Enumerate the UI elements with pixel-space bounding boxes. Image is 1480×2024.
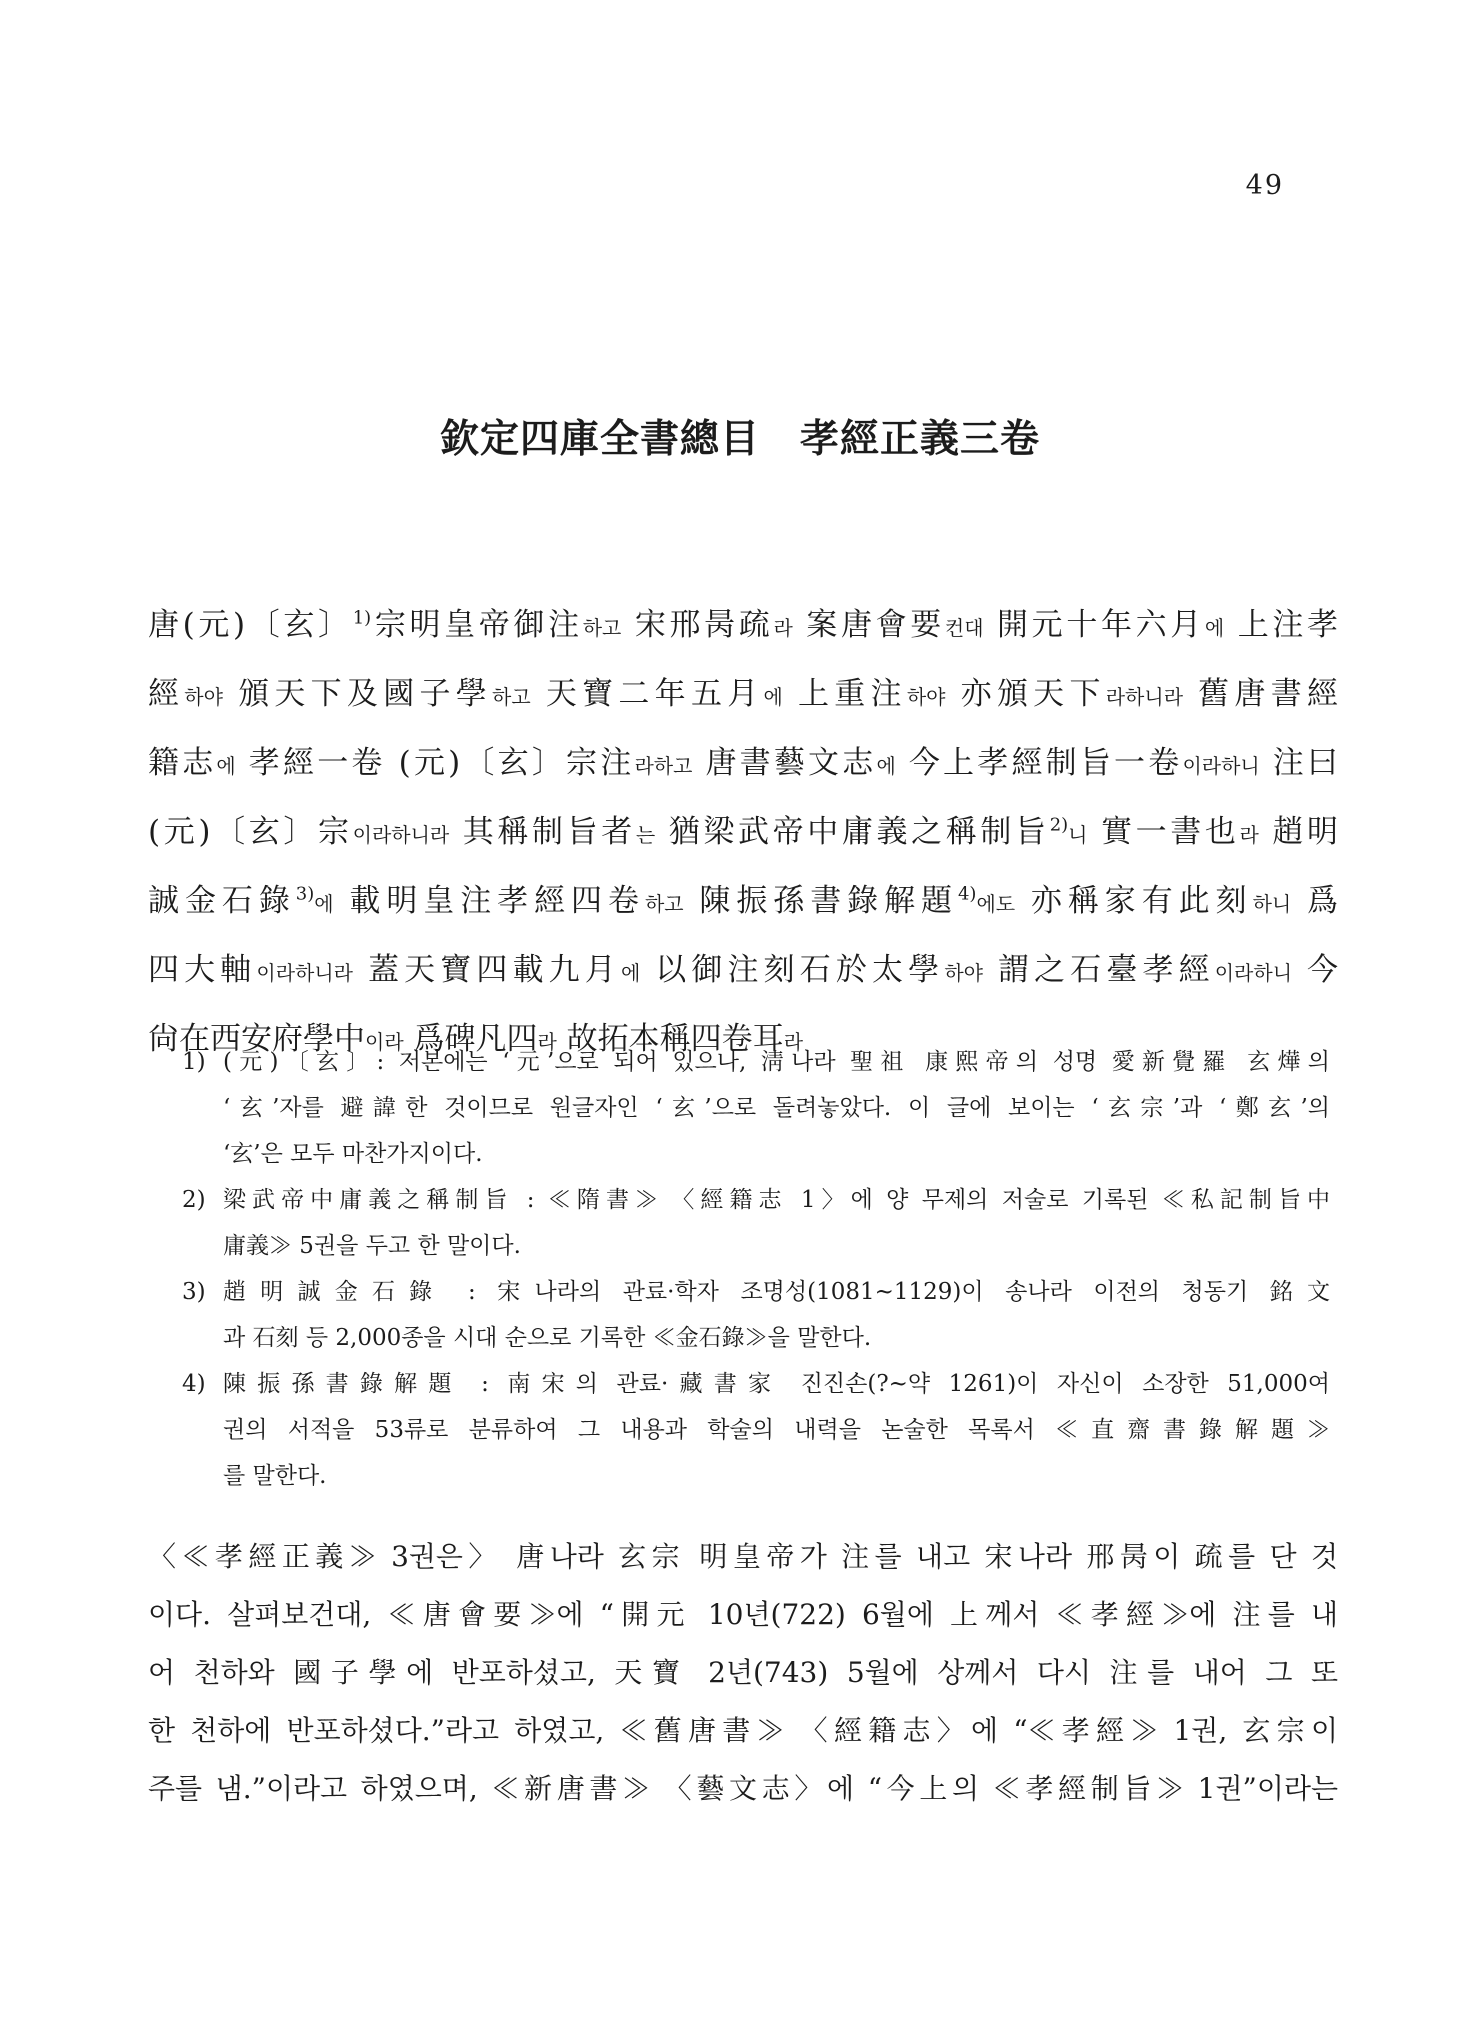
hanmun-text: 四大軸 bbox=[148, 952, 256, 988]
korean-gloss: 이라하니라 bbox=[256, 961, 353, 985]
korean-gloss: 하고 bbox=[492, 685, 531, 709]
korean-gloss: 하야 bbox=[184, 685, 223, 709]
hanmun-text: 經 bbox=[148, 676, 184, 712]
hanmun-text: 注曰 bbox=[1260, 745, 1338, 781]
hanmun-line: 籍志에 孝經一卷 (元)〔玄〕宗注라하고 唐書藝文志에 今上孝經制旨一卷이라하니… bbox=[148, 730, 1338, 799]
korean-gloss: 이라하니라 bbox=[353, 823, 450, 847]
footnote-line: ‘玄’은 모두 마찬가지이다. bbox=[223, 1131, 1330, 1177]
hanmun-text: 實一書也 bbox=[1088, 814, 1240, 850]
hanmun-text: 蓋天寶四載九月 bbox=[353, 952, 621, 988]
footnote-marker: 2) bbox=[182, 1177, 223, 1269]
hanmun-text: 謂之石臺孝經 bbox=[983, 952, 1215, 988]
footnote-text: 趙明誠金石錄 : 宋나라의 관료·학자 조명성(1081~1129)이 송나라 … bbox=[223, 1269, 1330, 1361]
translation-line: 이다. 살펴보건대, ≪唐會要≫에 “開元 10년(722) 6월에 上께서 ≪… bbox=[148, 1586, 1338, 1644]
korean-gloss: 이라하니 bbox=[1215, 961, 1292, 985]
hanmun-text: 上重注 bbox=[783, 676, 907, 712]
translation-line: 어 천하와 國子學에 반포하셨고, 天寶 2년(743) 5월에 상께서 다시 … bbox=[148, 1644, 1338, 1702]
footnote-ref: 3) bbox=[296, 884, 314, 905]
footnote-text: (元)〔玄〕: 저본에는 ‘元’으로 되어 있으나, 淸나라 聖祖 康熙帝의 성… bbox=[223, 1039, 1330, 1177]
korean-gloss: 하고 bbox=[583, 616, 622, 640]
korean-gloss: 라하니라 bbox=[1106, 685, 1183, 709]
footnotes-block: 1)(元)〔玄〕: 저본에는 ‘元’으로 되어 있으나, 淸나라 聖祖 康熙帝의… bbox=[182, 1039, 1330, 1499]
korean-gloss: 에 bbox=[1205, 616, 1224, 640]
footnote-ref: 4) bbox=[958, 884, 976, 905]
korean-gloss: 에 bbox=[216, 754, 235, 778]
footnote-line: 를 말한다. bbox=[223, 1453, 1330, 1499]
hanmun-line: 經하야 頒天下及國子學하고 天寶二年五月에 上重注하야 亦頒天下라하니라 舊唐書… bbox=[148, 661, 1338, 730]
hanmun-text: 以御注刻石於太學 bbox=[640, 952, 944, 988]
korean-gloss: 하야 bbox=[907, 685, 946, 709]
hanmun-text: 宗明皇帝御注 bbox=[371, 607, 583, 643]
footnote-line: 권의 서적을 53류로 분류하여 그 내용과 학술의 내력을 논술한 목록서 ≪… bbox=[223, 1407, 1330, 1453]
footnote: 3)趙明誠金石錄 : 宋나라의 관료·학자 조명성(1081~1129)이 송나… bbox=[182, 1269, 1330, 1361]
korean-gloss: 이라하니 bbox=[1182, 754, 1259, 778]
translation-line: 〈≪孝經正義≫ 3권은〉 唐나라 玄宗 明皇帝가 注를 내고 宋나라 邢昺이 疏… bbox=[148, 1528, 1338, 1586]
hanmun-text: 今上孝經制旨一卷 bbox=[896, 745, 1183, 781]
korean-gloss: 에도 bbox=[976, 892, 1015, 916]
footnote: 2)梁武帝中庸義之稱制旨 : ≪隋書≫ 〈經籍志 1〉에 양 무제의 저술로 기… bbox=[182, 1177, 1330, 1269]
hanmun-text: 唐(元)〔玄〕 bbox=[148, 607, 353, 643]
korean-gloss: 라 bbox=[773, 616, 792, 640]
hanmun-text: 亦頒天下 bbox=[945, 676, 1105, 712]
footnote-marker: 3) bbox=[182, 1269, 223, 1361]
hanmun-line: 四大軸이라하니라 蓋天寶四載九月에 以御注刻石於太學하야 謂之石臺孝經이라하니 … bbox=[148, 937, 1338, 1006]
hanmun-line: 唐(元)〔玄〕1)宗明皇帝御注하고 宋邢昺疏라 案唐會要컨대 開元十年六月에 上… bbox=[148, 592, 1338, 661]
hanmun-text: 籍志 bbox=[148, 745, 216, 781]
korean-gloss: 에 bbox=[764, 685, 783, 709]
korean-gloss: 라 bbox=[1240, 823, 1259, 847]
translation-paragraph: 〈≪孝經正義≫ 3권은〉 唐나라 玄宗 明皇帝가 注를 내고 宋나라 邢昺이 疏… bbox=[148, 1528, 1338, 1818]
document-page: 49 欽定四庫全書總目 孝經正義三卷 唐(元)〔玄〕1)宗明皇帝御注하고 宋邢昺… bbox=[0, 0, 1480, 2024]
hanmun-text: (元)〔玄〕宗 bbox=[148, 814, 353, 850]
hanmun-text: 孝經一卷 (元)〔玄〕宗注 bbox=[236, 745, 635, 781]
korean-gloss: 하야 bbox=[944, 961, 983, 985]
footnote: 1)(元)〔玄〕: 저본에는 ‘元’으로 되어 있으나, 淸나라 聖祖 康熙帝의… bbox=[182, 1039, 1330, 1177]
hanmun-text: 舊唐書經 bbox=[1183, 676, 1338, 712]
korean-gloss: 는 bbox=[636, 823, 655, 847]
hanmun-text: 頒天下及國子學 bbox=[223, 676, 492, 712]
hanmun-text: 亦稱家有此刻 bbox=[1015, 883, 1252, 919]
hanmun-text: 載明皇注孝經四卷 bbox=[334, 883, 645, 919]
hanmun-paragraph: 唐(元)〔玄〕1)宗明皇帝御注하고 宋邢昺疏라 案唐會要컨대 開元十年六月에 上… bbox=[148, 592, 1338, 1075]
hanmun-text: 案唐會要 bbox=[793, 607, 945, 643]
hanmun-text: 猶梁武帝中庸義之稱制旨 bbox=[655, 814, 1049, 850]
hanmun-text: 爲 bbox=[1291, 883, 1338, 919]
hanmun-text: 宋邢昺疏 bbox=[621, 607, 773, 643]
korean-gloss: 컨대 bbox=[945, 616, 984, 640]
korean-gloss: 라하고 bbox=[634, 754, 692, 778]
hanmun-text: 趙明 bbox=[1259, 814, 1338, 850]
hanmun-text: 唐書藝文志 bbox=[692, 745, 876, 781]
translation-line: 주를 냄.”이라고 하였으며, ≪新唐書≫ 〈藝文志〉에 “今上의 ≪孝經制旨≫… bbox=[148, 1760, 1338, 1818]
hanmun-text: 今 bbox=[1292, 952, 1338, 988]
hanmun-text: 天寶二年五月 bbox=[531, 676, 764, 712]
footnote-ref: 1) bbox=[353, 608, 371, 629]
hanmun-text: 開元十年六月 bbox=[984, 607, 1205, 643]
korean-gloss: 에 bbox=[876, 754, 895, 778]
document-title: 欽定四庫全書總目 孝經正義三卷 bbox=[0, 408, 1480, 464]
footnote-text: 梁武帝中庸義之稱制旨 : ≪隋書≫ 〈經籍志 1〉에 양 무제의 저술로 기록된… bbox=[223, 1177, 1330, 1269]
hanmun-text: 上注孝 bbox=[1224, 607, 1338, 643]
footnote-line: 趙明誠金石錄 : 宋나라의 관료·학자 조명성(1081~1129)이 송나라 … bbox=[223, 1269, 1330, 1315]
hanmun-text: 陳振孫書錄解題 bbox=[684, 883, 958, 919]
footnote: 4)陳振孫書錄解題 : 南宋의 관료·藏書家 진진손(?~약 1261)이 자신… bbox=[182, 1361, 1330, 1499]
page-number: 49 bbox=[1246, 170, 1284, 201]
footnote-ref: 2) bbox=[1050, 815, 1068, 836]
footnote-marker: 1) bbox=[182, 1039, 223, 1177]
korean-gloss: 에 bbox=[621, 961, 640, 985]
footnote-line: (元)〔玄〕: 저본에는 ‘元’으로 되어 있으나, 淸나라 聖祖 康熙帝의 성… bbox=[223, 1039, 1330, 1085]
korean-gloss: 니 bbox=[1068, 823, 1087, 847]
translation-line: 한 천하에 반포하셨다.”라고 하였고, ≪舊唐書≫ 〈經籍志〉에 “≪孝經≫ … bbox=[148, 1702, 1338, 1760]
hanmun-line: 誠金石錄3)에 載明皇注孝經四卷하고 陳振孫書錄解題4)에도 亦稱家有此刻하니 … bbox=[148, 868, 1338, 937]
footnote-line: ‘玄’자를 避諱한 것이므로 원글자인 ‘玄’으로 돌려놓았다. 이 글에 보이… bbox=[223, 1085, 1330, 1131]
footnote-line: 庸義≫ 5권을 두고 한 말이다. bbox=[223, 1223, 1330, 1269]
hanmun-text: 其稱制旨者 bbox=[449, 814, 636, 850]
korean-gloss: 에 bbox=[314, 892, 333, 916]
korean-gloss: 하니 bbox=[1253, 892, 1292, 916]
footnote-marker: 4) bbox=[182, 1361, 223, 1499]
footnote-line: 陳振孫書錄解題 : 南宋의 관료·藏書家 진진손(?~약 1261)이 자신이 … bbox=[223, 1361, 1330, 1407]
footnote-line: 과 石刻 등 2,000종을 시대 순으로 기록한 ≪金石錄≫을 말한다. bbox=[223, 1315, 1330, 1361]
footnote-text: 陳振孫書錄解題 : 南宋의 관료·藏書家 진진손(?~약 1261)이 자신이 … bbox=[223, 1361, 1330, 1499]
hanmun-line: (元)〔玄〕宗이라하니라 其稱制旨者는 猶梁武帝中庸義之稱制旨2)니 實一書也라… bbox=[148, 799, 1338, 868]
footnote-line: 梁武帝中庸義之稱制旨 : ≪隋書≫ 〈經籍志 1〉에 양 무제의 저술로 기록된… bbox=[223, 1177, 1330, 1223]
hanmun-text: 誠金石錄 bbox=[148, 883, 296, 919]
korean-gloss: 하고 bbox=[645, 892, 684, 916]
